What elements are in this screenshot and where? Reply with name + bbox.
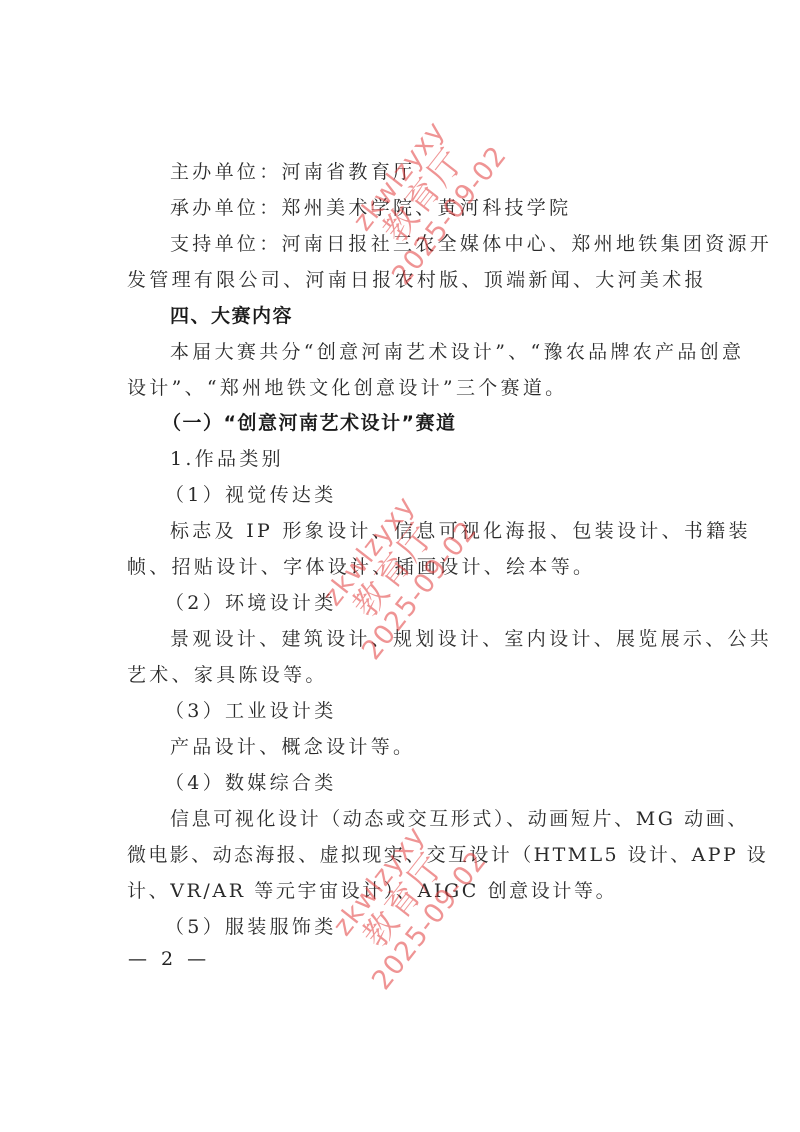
category-4-title: （4）数媒综合类: [165, 771, 725, 795]
category-3-title: （3）工业设计类: [165, 699, 725, 723]
category-4-desc-cont2: 计、VR/AR 等元宇宙设计）、AIGC 创意设计等。: [127, 879, 687, 903]
page-number: — 2 —: [128, 947, 210, 971]
subsection-heading-track-1: （一）“创意河南艺术设计”赛道: [162, 411, 722, 435]
category-2-desc: 景观设计、建筑设计、规划设计、室内设计、展览展示、公共: [170, 627, 730, 651]
category-1-desc-cont: 帧、招贴设计、字体设计、插画设计、绘本等。: [127, 555, 687, 579]
item-categories-heading: 1.作品类别: [170, 447, 730, 471]
paragraph-tracks-cont: 设计”、“郑州地铁文化创意设计”三个赛道。: [127, 376, 687, 400]
supporter-line-cont: 发管理有限公司、河南日报农村版、顶端新闻、大河美术报: [127, 268, 687, 292]
category-2-title: （2）环境设计类: [165, 591, 725, 615]
supporter-line: 支持单位：河南日报社三农全媒体中心、郑州地铁集团资源开: [170, 232, 730, 256]
category-3-desc: 产品设计、概念设计等。: [170, 735, 730, 759]
category-1-desc: 标志及 IP 形象设计、信息可视化海报、包装设计、书籍装: [170, 519, 730, 543]
paragraph-tracks: 本届大赛共分“创意河南艺术设计”、“豫农品牌农产品创意: [170, 340, 730, 364]
host-line: 承办单位：郑州美术学院、黄河科技学院: [170, 196, 730, 220]
category-1-title: （1）视觉传达类: [165, 483, 725, 507]
category-2-desc-cont: 艺术、家具陈设等。: [127, 663, 687, 687]
category-5-title: （5）服装服饰类: [165, 915, 725, 939]
section-heading-contest-content: 四、大赛内容: [170, 304, 730, 328]
category-4-desc-cont1: 微电影、动态海报、虚拟现实、交互设计（HTML5 设计、APP 设: [127, 843, 687, 867]
document-page: 主办单位：河南省教育厅 承办单位：郑州美术学院、黄河科技学院 支持单位：河南日报…: [0, 0, 800, 1132]
organizer-line: 主办单位：河南省教育厅: [170, 160, 730, 184]
category-4-desc: 信息可视化设计（动态或交互形式）、动画短片、MG 动画、: [170, 807, 730, 831]
